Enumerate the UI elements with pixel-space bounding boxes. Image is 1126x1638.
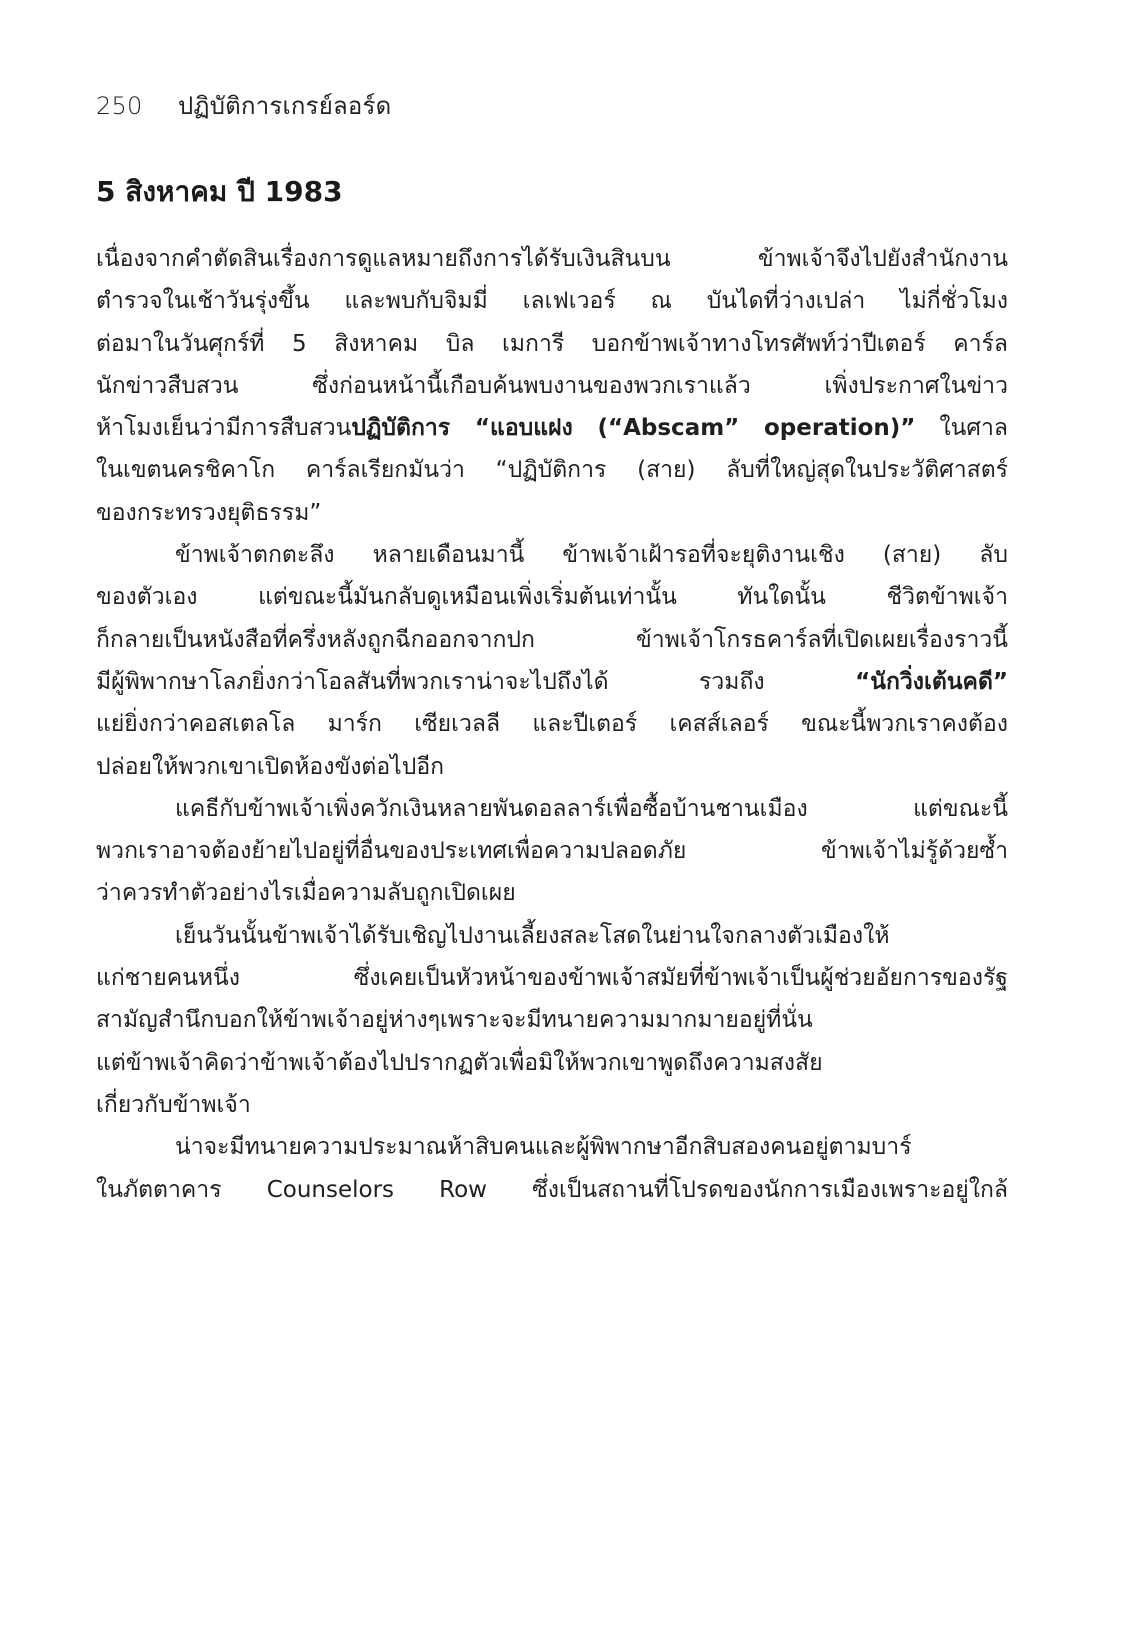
paragraph: น่าจะมีทนายความประมาณห้าสิบคนและผู้พิพาก…: [96, 1126, 1008, 1211]
body-text: เนื่องจากคำตัดสินเรื่องการดูแลหมายถึงการ…: [96, 238, 1008, 1211]
text-line: เย็นวันนั้นข้าพเจ้าได้รับเชิญไปงานเลี้ยง…: [96, 915, 1008, 957]
text-segment: ห้าโมงเย็นว่ามีการสืบสวน: [96, 415, 351, 441]
text-segment: สามัญสำนึกบอกให้ข้าพเจ้าอยู่ห่างๆเพราะจะ…: [96, 1007, 813, 1033]
text-line: ของกระทรวงยุติธรรม”: [96, 492, 1008, 534]
text-line: ก็กลายเป็นหนังสือที่ครึ่งหลังถูกฉีกออกจา…: [96, 619, 1008, 661]
text-segment: แก่ชายคนหนึ่ง ซึ่งเคยเป็นหัวหน้าของข้าพเ…: [96, 965, 1008, 991]
text-segment: แย่ยิ่งกว่าคอสเตลโล มาร์ก เซียเวลลี และป…: [96, 711, 1008, 737]
bold-text: ปฏิบัติการ “แอบแฝง (“Abscam” operation)”: [351, 415, 915, 441]
text-segment: แคธีกับข้าพเจ้าเพิ่งควักเงินหลายพันดอลลา…: [175, 796, 1008, 822]
section-heading: 5 สิงหาคม ปี 1983: [96, 170, 343, 214]
text-segment: แต่ข้าพเจ้าคิดว่าข้าพเจ้าต้องไปปรากฏตัวเ…: [96, 1050, 823, 1076]
text-line: พวกเราอาจต้องย้ายไปอยู่ที่อื่นของประเทศเ…: [96, 830, 1008, 872]
book-page: 250ปฏิบัติการเกรย์ลอร์ด 5 สิงหาคม ปี 198…: [0, 0, 1126, 1638]
text-segment: มีผู้พิพากษาโลภยิ่งกว่าโอลสันที่พวกเราน่…: [96, 669, 855, 695]
paragraph: แคธีกับข้าพเจ้าเพิ่งควักเงินหลายพันดอลลา…: [96, 788, 1008, 915]
text-segment: เนื่องจากคำตัดสินเรื่องการดูแลหมายถึงการ…: [96, 246, 1008, 272]
text-segment: ในศาล: [915, 415, 1008, 441]
text-segment: ของตัวเอง แต่ขณะนี้มันกลับดูเหมือนเพิ่งเ…: [96, 584, 1008, 610]
text-line: แต่ข้าพเจ้าคิดว่าข้าพเจ้าต้องไปปรากฏตัวเ…: [96, 1042, 1008, 1084]
text-line: สามัญสำนึกบอกให้ข้าพเจ้าอยู่ห่างๆเพราะจะ…: [96, 999, 1008, 1041]
text-segment: เย็นวันนั้นข้าพเจ้าได้รับเชิญไปงานเลี้ยง…: [175, 923, 889, 949]
running-header: 250ปฏิบัติการเกรย์ลอร์ด: [96, 86, 391, 125]
text-line: น่าจะมีทนายความประมาณห้าสิบคนและผู้พิพาก…: [96, 1126, 1008, 1168]
page-number: 250: [96, 92, 178, 120]
text-segment: ในภัตตาคาร Counselors Row ซึ่งเป็นสถานที…: [96, 1177, 1008, 1203]
text-line: นักข่าวสืบสวน ซึ่งก่อนหน้านี้เกือบค้นพบง…: [96, 365, 1008, 407]
text-line: เกี่ยวกับข้าพเจ้า: [96, 1084, 1008, 1126]
text-line: ปล่อยให้พวกเขาเปิดห้องขังต่อไปอีก: [96, 746, 1008, 788]
text-segment: น่าจะมีทนายความประมาณห้าสิบคนและผู้พิพาก…: [175, 1134, 912, 1160]
text-line: มีผู้พิพากษาโลภยิ่งกว่าโอลสันที่พวกเราน่…: [96, 661, 1008, 703]
text-line: แย่ยิ่งกว่าคอสเตลโล มาร์ก เซียเวลลี และป…: [96, 703, 1008, 745]
text-line: ว่าควรทำตัวอย่างไรเมื่อความลับถูกเปิดเผย: [96, 872, 1008, 914]
book-title: ปฏิบัติการเกรย์ลอร์ด: [178, 92, 391, 120]
text-line: ข้าพเจ้าตกตะลึง หลายเดือนมานี้ ข้าพเจ้าเ…: [96, 534, 1008, 576]
paragraph: ข้าพเจ้าตกตะลึง หลายเดือนมานี้ ข้าพเจ้าเ…: [96, 534, 1008, 788]
text-line: แคธีกับข้าพเจ้าเพิ่งควักเงินหลายพันดอลลา…: [96, 788, 1008, 830]
bold-text: “นักวิ่งเต้นคดี”: [855, 669, 1008, 695]
text-segment: พวกเราอาจต้องย้ายไปอยู่ที่อื่นของประเทศเ…: [96, 838, 1008, 864]
text-segment: ว่าควรทำตัวอย่างไรเมื่อความลับถูกเปิดเผย: [96, 880, 516, 906]
text-line: ในเขตนครชิคาโก คาร์ลเรียกมันว่า “ปฏิบัติ…: [96, 449, 1008, 491]
text-segment: เกี่ยวกับข้าพเจ้า: [96, 1092, 251, 1118]
paragraph: เนื่องจากคำตัดสินเรื่องการดูแลหมายถึงการ…: [96, 238, 1008, 534]
text-line: ของตัวเอง แต่ขณะนี้มันกลับดูเหมือนเพิ่งเ…: [96, 576, 1008, 618]
text-segment: ปล่อยให้พวกเขาเปิดห้องขังต่อไปอีก: [96, 754, 444, 780]
text-line: ต่อมาในวันศุกร์ที่ 5 สิงหาคม บิล เมการี …: [96, 323, 1008, 365]
text-segment: ก็กลายเป็นหนังสือที่ครึ่งหลังถูกฉีกออกจา…: [96, 627, 1008, 653]
text-line: เนื่องจากคำตัดสินเรื่องการดูแลหมายถึงการ…: [96, 238, 1008, 280]
text-segment: ตำรวจในเช้าวันรุ่งขึ้น และพบกับจิมมี่ เล…: [96, 288, 1008, 314]
text-line: ในภัตตาคาร Counselors Row ซึ่งเป็นสถานที…: [96, 1169, 1008, 1211]
text-line: ห้าโมงเย็นว่ามีการสืบสวนปฏิบัติการ “แอบแ…: [96, 407, 1008, 449]
text-line: แก่ชายคนหนึ่ง ซึ่งเคยเป็นหัวหน้าของข้าพเ…: [96, 957, 1008, 999]
text-line: ตำรวจในเช้าวันรุ่งขึ้น และพบกับจิมมี่ เล…: [96, 280, 1008, 322]
text-segment: ของกระทรวงยุติธรรม”: [96, 500, 321, 526]
text-segment: ต่อมาในวันศุกร์ที่ 5 สิงหาคม บิล เมการี …: [96, 331, 1008, 357]
text-segment: ข้าพเจ้าตกตะลึง หลายเดือนมานี้ ข้าพเจ้าเ…: [175, 542, 1008, 568]
text-segment: นักข่าวสืบสวน ซึ่งก่อนหน้านี้เกือบค้นพบง…: [96, 373, 1008, 399]
paragraph: เย็นวันนั้นข้าพเจ้าได้รับเชิญไปงานเลี้ยง…: [96, 915, 1008, 1126]
text-segment: ในเขตนครชิคาโก คาร์ลเรียกมันว่า “ปฏิบัติ…: [96, 457, 1008, 483]
